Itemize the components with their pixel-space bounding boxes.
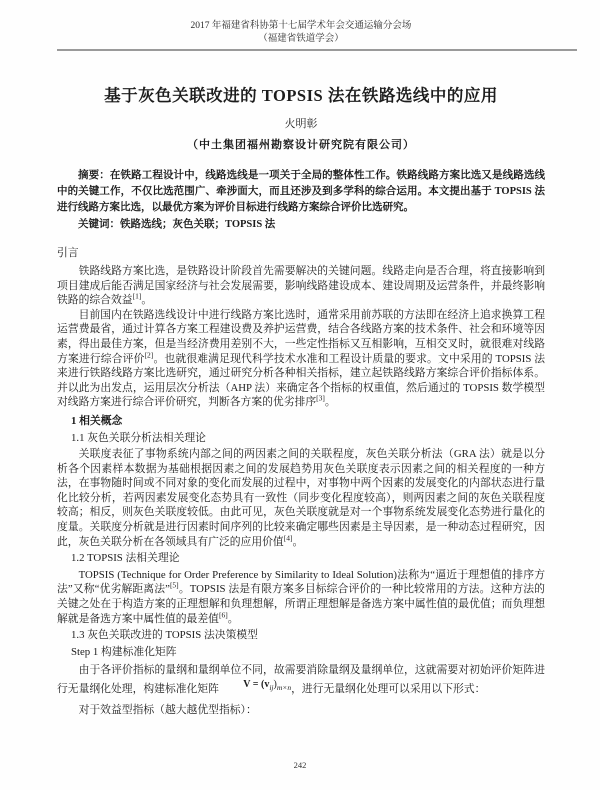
keywords-label: 关键词： xyxy=(78,219,120,230)
benefit-indicator-line: 对于效益型指标（越大越优型指标）： xyxy=(57,703,545,718)
paragraph-intro-1: 铁路线路方案比选，是铁路设计阶段首先需要解决的关键问题。线路走向是否合理，将直接… xyxy=(57,264,545,308)
conference-header-line2: （福建省铁道学会） xyxy=(57,33,545,46)
abstract-label: 摘要： xyxy=(78,170,110,181)
paper-body: 引言 铁路线路方案比选，是铁路设计阶段首先需要解决的关键问题。线路走向是否合理，… xyxy=(57,246,545,718)
heading-section-1: 1 相关概念 xyxy=(71,414,545,429)
paper-page: 2017 年福建省科协第十七届学术年会交通运输分会场 （福建省铁道学会） 基于灰… xyxy=(0,0,600,790)
standard-matrix-text-after: ，进行无量纲化处理可以采用以下形式： xyxy=(291,683,485,695)
conference-header-line1: 2017 年福建省科协第十七届学术年会交通运输分会场 xyxy=(57,20,545,33)
keywords-block: 关键词：铁路选线；灰色关联；TOPSIS 法 xyxy=(57,216,545,231)
step-1-label: Step 1 构建标准化矩阵 xyxy=(71,645,545,660)
abstract-text: 在铁路工程设计中，线路选线是一项关于全局的整体性工作。铁路线路方案比选又是线路选… xyxy=(57,170,545,213)
page-number: 242 xyxy=(0,760,600,770)
paragraph-standard-matrix: 由于各评价指标的量纲和量纲单位不同，故需要消除量纲及量纲单位，这就需要对初始评价… xyxy=(57,661,545,699)
paragraph-topsis-theory: TOPSIS (Technique for Order Preference b… xyxy=(57,568,545,626)
keywords-text: 铁路选线；灰色关联；TOPSIS 法 xyxy=(120,219,275,230)
heading-section-1-1: 1.1 灰色关联分析法相关理论 xyxy=(71,431,545,446)
formula-v-matrix: V = (vij)m×n xyxy=(222,675,291,694)
author-affiliation: （中土集团福州勘察设计研究院有限公司） xyxy=(57,136,545,152)
heading-section-1-2: 1.2 TOPSIS 法相关理论 xyxy=(71,551,545,566)
paragraph-intro-2: 目前国内在铁路选线设计中进行线路方案比选时，通常采用前苏联的方法即在经济上追求换… xyxy=(57,308,545,410)
heading-introduction: 引言 xyxy=(57,246,545,261)
heading-section-1-3: 1.3 灰色关联改进的 TOPSIS 法决策模型 xyxy=(71,628,545,643)
header-divider xyxy=(57,49,577,51)
author-name: 火明彰 xyxy=(57,115,545,131)
paper-title: 基于灰色关联改进的 TOPSIS 法在铁路选线中的应用 xyxy=(57,82,545,106)
formula-lead: V = (v xyxy=(243,679,269,690)
paragraph-gra-theory: 关联度表征了事物系统内部之间的两因素之间的关联程度，灰色关联分析法（GRA 法）… xyxy=(57,447,545,549)
conference-header: 2017 年福建省科协第十七届学术年会交通运输分会场 （福建省铁道学会） xyxy=(57,20,545,45)
abstract-block: 摘要：在铁路工程设计中，线路选线是一项关于全局的整体性工作。铁路线路方案比选又是… xyxy=(57,168,545,215)
formula-subscript-mxn: m×n xyxy=(277,683,291,692)
